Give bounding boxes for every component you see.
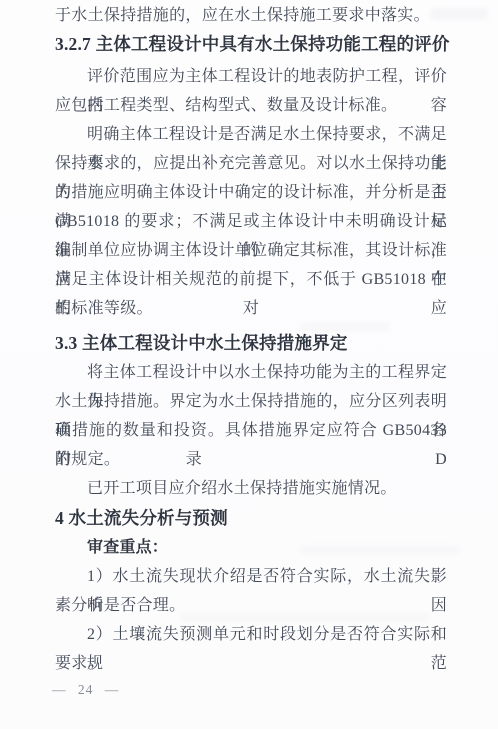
body-text-line: GB51018 的要求；不满足或主体设计中未明确设计标准的， bbox=[55, 207, 447, 236]
body-text-line: 编制单位应协调主体设计单位确定其标准，其设计标准应在 bbox=[55, 236, 447, 265]
body-text-line: 满足主体设计相关规范的前提下，不低于 GB51018 中相对应 bbox=[55, 265, 447, 294]
body-text-line: 保持要求的，应提出补充完善意见。对以水土保持功能为主 bbox=[55, 149, 447, 178]
chapter-heading-4: 4 水土流失分析与预测 bbox=[55, 504, 447, 533]
body-text-line: 项措施的数量和投资。具体措施界定应符合 GB50433 附录 D bbox=[55, 416, 447, 445]
body-text-line: 将主体工程设计中以水土保持功能为主的工程界定为 bbox=[55, 358, 447, 387]
body-text-line: 1）水土流失现状介绍是否符合实际，水土流失影响因 bbox=[55, 562, 447, 591]
body-text-line: 已开工项目应介绍水土保持措施实施情况。 bbox=[55, 474, 447, 503]
body-text-line: 评价范围应为主体工程设计的地表防护工程，评价内容 bbox=[55, 62, 447, 91]
review-focus-label: 审查重点： bbox=[55, 533, 447, 562]
body-text-line: 水土保持措施。界定为水土保持措施的，应分区列表明确各 bbox=[55, 387, 447, 416]
scanned-document-page: 于水土保持措施的，应在水土保持施工要求中落实。 3.2.7 主体工程设计中具有水… bbox=[0, 0, 498, 729]
page-number: — 24 — bbox=[52, 681, 119, 699]
document-body: 于水土保持措施的，应在水土保持施工要求中落实。 3.2.7 主体工程设计中具有水… bbox=[55, 1, 447, 678]
body-text-line: 的措施应明确主体设计中确定的设计标准，并分析是否满足 bbox=[55, 178, 447, 207]
section-heading-3-2-7: 3.2.7 主体工程设计中具有水土保持功能工程的评价 bbox=[55, 30, 447, 59]
body-text-line: 应包括工程类型、结构型式、数量及设计标准。 bbox=[55, 91, 447, 120]
body-text-line: 明确主体工程设计是否满足水土保持要求，不满足水土 bbox=[55, 120, 447, 149]
body-text-line: 2）土壤流失预测单元和时段划分是否符合实际和规范 bbox=[55, 620, 447, 649]
body-text-line: 于水土保持措施的，应在水土保持施工要求中落实。 bbox=[55, 1, 447, 30]
section-heading-3-3: 3.3 主体工程设计中水土保持措施界定 bbox=[55, 329, 447, 358]
